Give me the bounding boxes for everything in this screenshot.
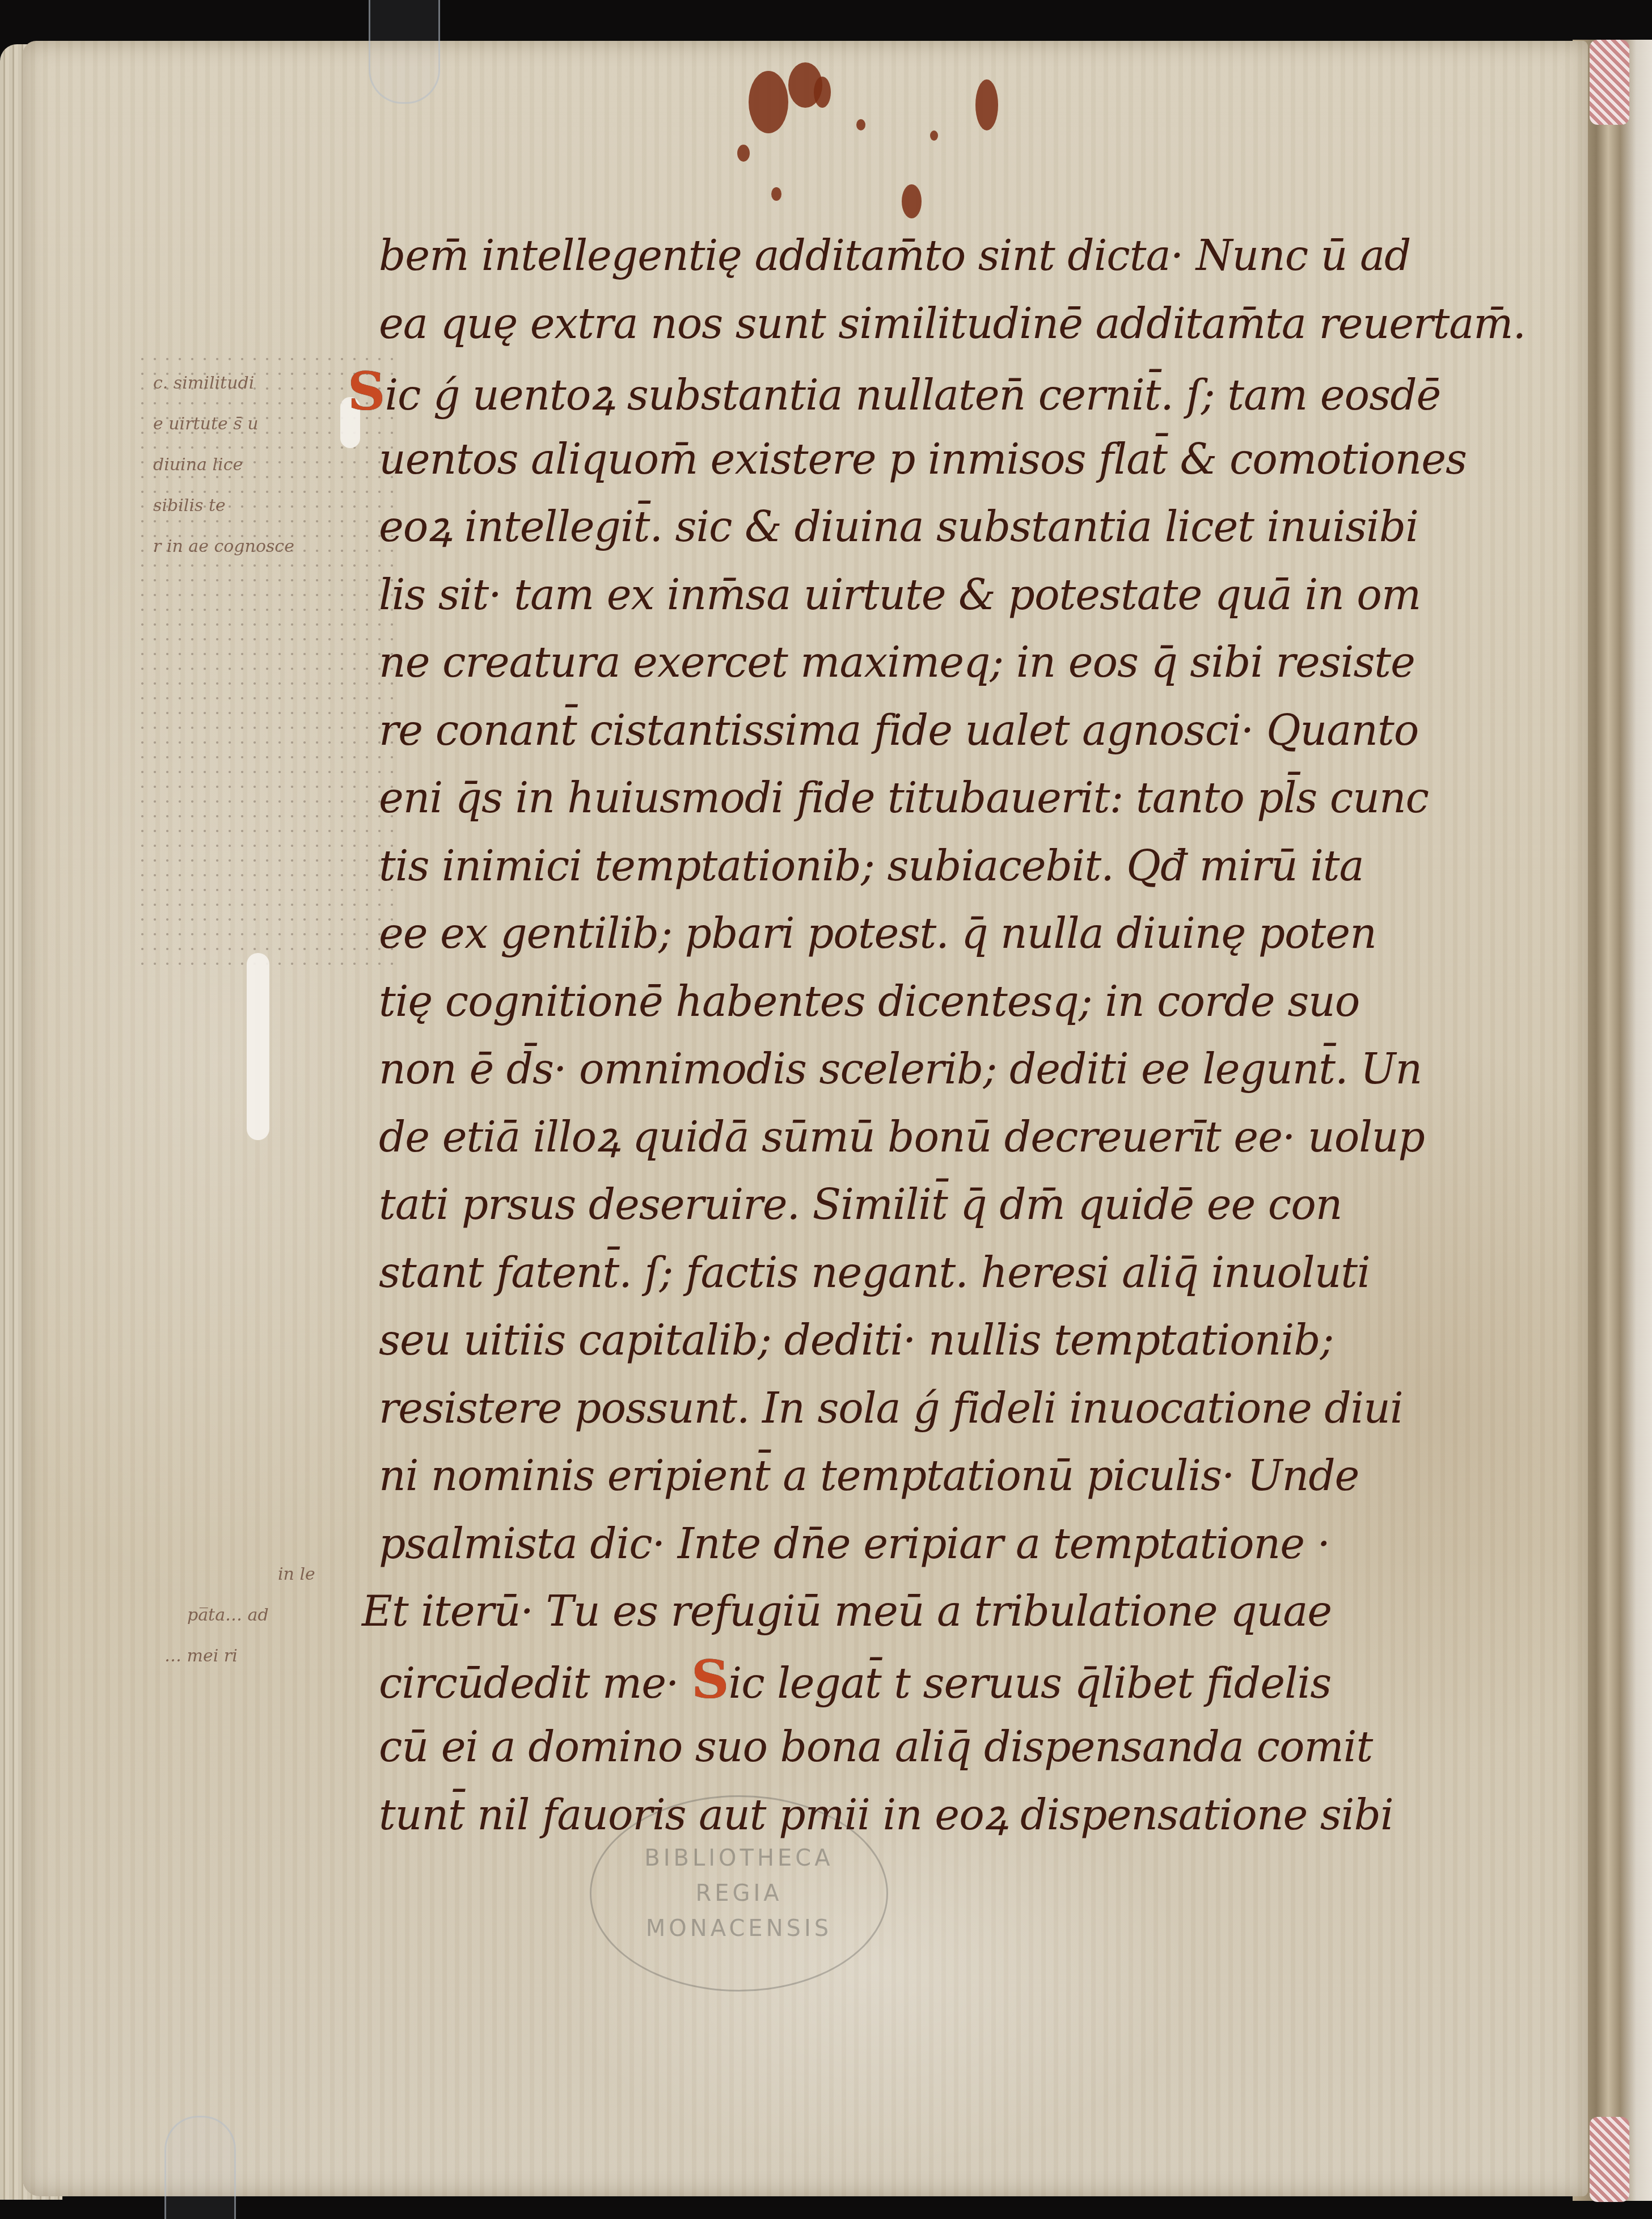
rubricated-initial-s: S xyxy=(691,1649,728,1710)
text-line: tię cognitionē habentes dicentesq; in co… xyxy=(379,968,1456,1036)
text-line: stant fatent̄. ſ; factis negant. heresi … xyxy=(379,1239,1456,1307)
main-text-column: bem̄ intellegentię additam̄to sint dicta… xyxy=(379,222,1456,1849)
text-line: lis sit· tam ex inm̄sa uirtute & potesta… xyxy=(379,562,1456,630)
text-line: resistere possunt. In sola ǵ fideli inuo… xyxy=(379,1375,1456,1443)
marginalia-upper: c. similitudi e uirtute s̄ u diuina lice… xyxy=(153,363,369,567)
text-line: ea quę extra nos sunt similitudinē addit… xyxy=(379,290,1456,358)
page-clip-top xyxy=(369,0,440,104)
text-line: ni nominis eripient̄ a temptationū picul… xyxy=(379,1442,1456,1511)
stamp-line: BIBLIOTHECA xyxy=(644,1841,833,1876)
text-line: cū ei a domino suo bona aliq̄ dispensand… xyxy=(379,1714,1456,1782)
text-line: ne creatura exercet maximeq; in eos q̄ s… xyxy=(379,629,1456,697)
page-clip-bottom xyxy=(164,2116,236,2219)
marginal-note: pa̅ta… ad xyxy=(153,1595,369,1636)
rubricated-initial-s: S xyxy=(348,361,385,422)
text-line: uentos aliquom̄ existere p inmisos flat̄… xyxy=(379,426,1456,494)
text-segment: ic legat̄ t seruus q̄libet fidelis xyxy=(729,1659,1332,1708)
text-line: re conant̄ cistantissima fide ualet agno… xyxy=(379,697,1456,765)
text-line: eni q̄s in huiusmodi fide titubauerit: t… xyxy=(379,765,1456,833)
marginal-note: c. similitudi xyxy=(153,363,369,404)
text-line: eoꝝ intellegit̄. sic & diuina substantia… xyxy=(379,493,1456,562)
marginalia-lower: in le pa̅ta… ad … mei ri xyxy=(153,1554,369,1677)
parchment-tear xyxy=(247,953,269,1140)
binding-tab-top xyxy=(1590,40,1629,125)
text-line: Et iterū· Tu es refugiū meū a tribulatio… xyxy=(362,1578,1456,1646)
text-segment: circūdedit me· xyxy=(379,1659,691,1708)
text-line: Sic ǵ uentoꝝ substantia nullaten̄ cernit… xyxy=(348,358,1456,426)
marginal-note: sibilis te xyxy=(153,486,369,526)
marginal-note: e uirtute s̄ u xyxy=(153,404,369,445)
text-line: bem̄ intellegentię additam̄to sint dicta… xyxy=(379,222,1456,290)
binding-tab-bottom xyxy=(1590,2117,1629,2202)
marginal-note: … mei ri xyxy=(153,1636,369,1677)
marginal-note: diuina lice xyxy=(153,445,369,486)
text-line: circūdedit me· Sic legat̄ t seruus q̄lib… xyxy=(379,1646,1456,1714)
text-line-content: ic ǵ uentoꝝ substantia nullaten̄ cernit̄… xyxy=(385,371,1440,420)
text-line: ee ex gentilib; pbari potest. q̄ nulla d… xyxy=(379,900,1456,968)
text-line: psalmista dic· Inte dn̄e eripiar a tempt… xyxy=(379,1511,1456,1579)
stamp-line: MONACENSIS xyxy=(646,1911,832,1946)
marginal-note: r in ae cognosce xyxy=(153,526,369,567)
marginal-note: in le xyxy=(153,1554,369,1595)
text-line: tunt̄ nil fauoris aut pmii in eoꝝ dispen… xyxy=(379,1782,1456,1850)
stamp-line: REGIA xyxy=(695,1876,782,1911)
text-line: seu uitiis capitalib; dediti· nullis tem… xyxy=(379,1307,1456,1375)
text-line: de etiā illoꝝ quidā sūmū bonū decreuerīt… xyxy=(379,1104,1456,1172)
text-line: tis inimici temptationib; subiacebit. Qđ… xyxy=(379,833,1456,901)
text-line: non ē d̄s· omnimodis scelerib; dediti ee… xyxy=(379,1036,1456,1104)
library-stamp: BIBLIOTHECA REGIA MONACENSIS xyxy=(590,1795,888,1992)
text-line: tati prsus deseruire. Similit̄ q̄ dm̄ qu… xyxy=(379,1171,1456,1239)
